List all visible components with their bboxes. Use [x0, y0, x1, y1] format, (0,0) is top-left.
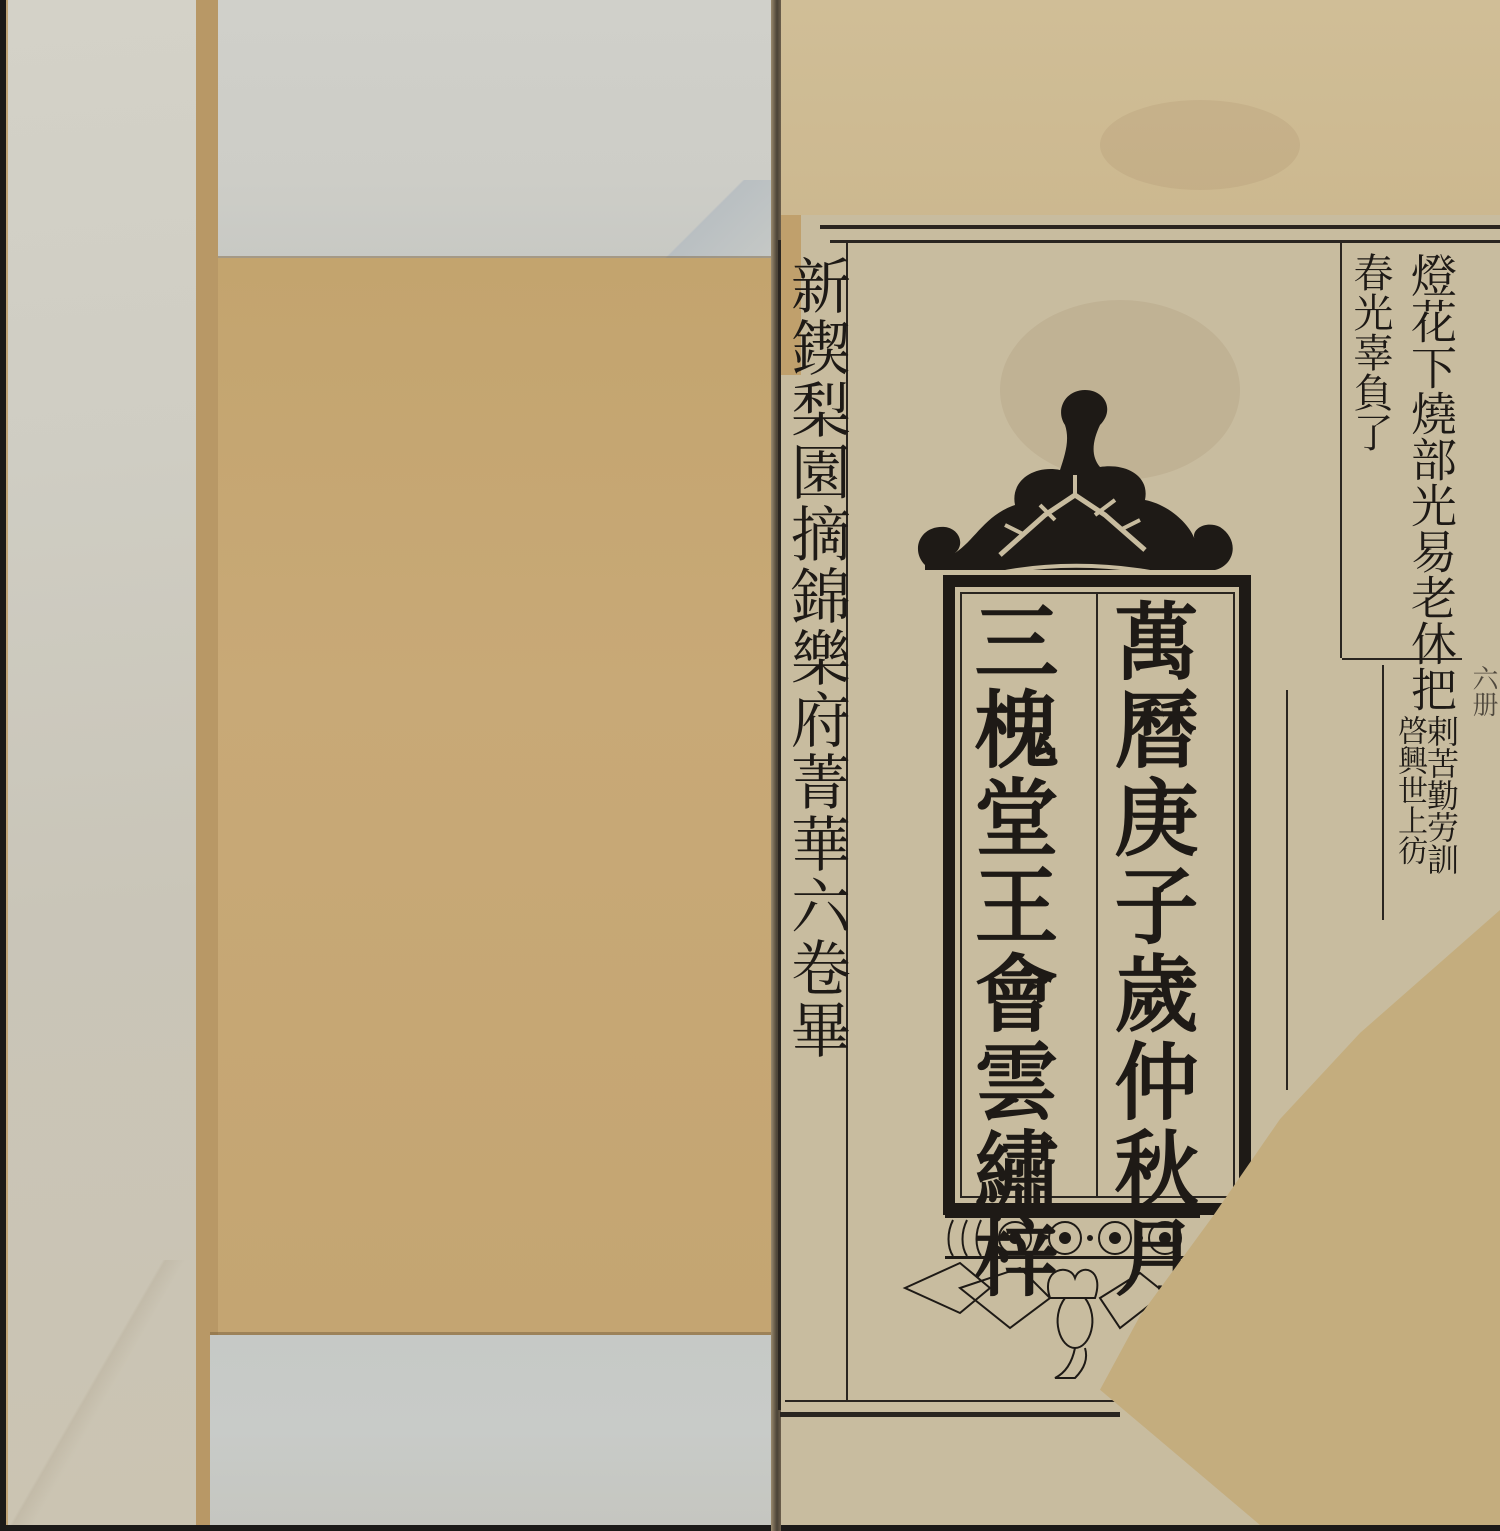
stain: [1100, 100, 1300, 190]
frame-bottom-outer: [780, 1412, 1120, 1417]
plaque-base-bar: [945, 1212, 1200, 1262]
tan-endpaper-panel: [218, 258, 771, 1333]
column-rule: [1286, 690, 1288, 1090]
top-patch-fold: [630, 180, 771, 264]
frame-top-inner: [830, 240, 1500, 243]
poem-column-2: 春光辜負了: [1350, 252, 1390, 452]
frame-top-outer: [820, 225, 1500, 229]
book-title-column: 新鍥梨園摘錦樂府菁華六卷畢: [786, 255, 846, 1061]
spine-mark: 六册: [1470, 665, 1496, 717]
note-column-1: 剌苦勤劳訓: [1425, 715, 1457, 875]
bottom-grey-repair-patch: [210, 1335, 771, 1525]
note-column-2: 啓興世上彷: [1394, 715, 1424, 865]
plaque-divider: [1096, 592, 1098, 1198]
plaque-publisher-column: 三槐堂王會雲繡梓: [968, 598, 1052, 1302]
tan-band: [196, 0, 218, 1525]
poem-column-1: 燈花下燒部光易老休把: [1408, 252, 1454, 712]
plaque-date-column: 萬曆庚子歲仲秋月: [1108, 598, 1192, 1302]
left-strip-crease: [8, 1260, 198, 1525]
cloud-crest-ornament-icon: [905, 355, 1245, 595]
frame-bottom-inner: [785, 1400, 1125, 1402]
column-rule: [1340, 243, 1342, 658]
column-rule: [1382, 665, 1384, 920]
